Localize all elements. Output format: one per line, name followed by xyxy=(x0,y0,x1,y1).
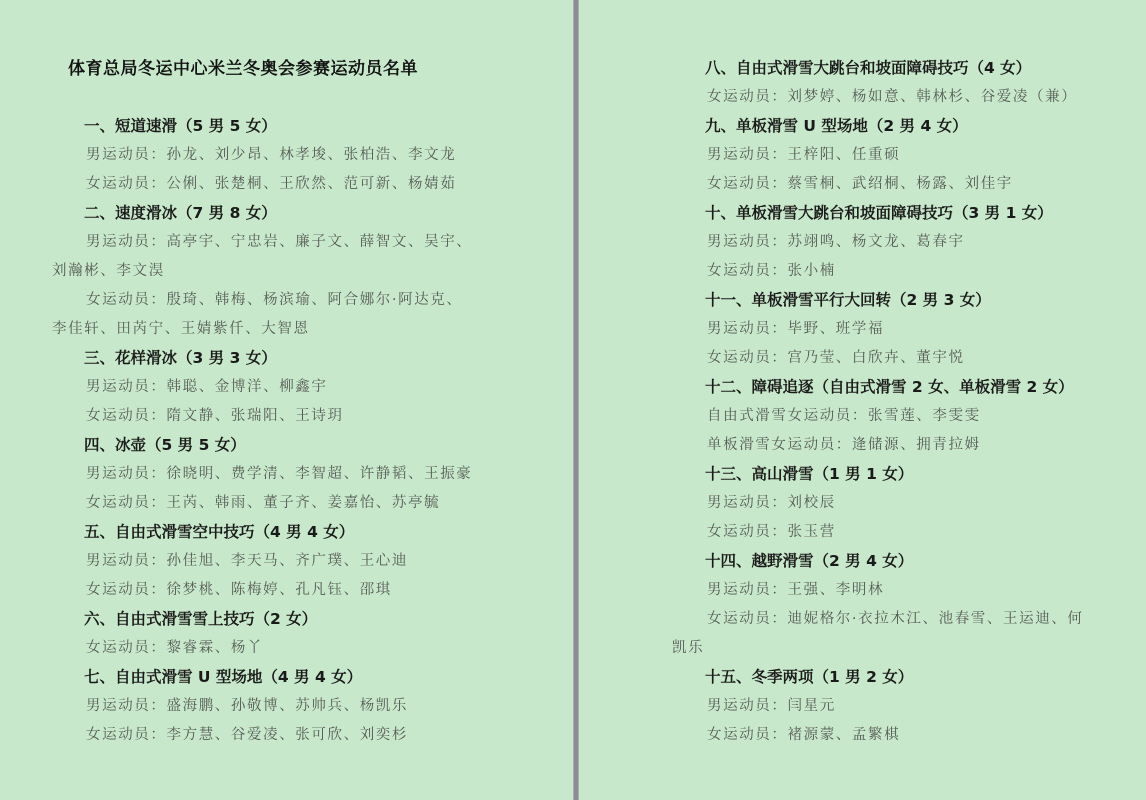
athlete-line: 男运动员：王梓阳、任重硕 xyxy=(579,141,1146,170)
section-heading: 四、冰壶（5 男 5 女） xyxy=(0,431,573,460)
left-page-content: 一、短道速滑（5 男 5 女） 男运动员：孙龙、刘少昂、林孝埈、张柏浩、李文龙 … xyxy=(0,112,573,750)
section-heading: 六、自由式滑雪雪上技巧（2 女） xyxy=(0,605,573,634)
section-heading: 五、自由式滑雪空中技巧（4 男 4 女） xyxy=(0,518,573,547)
athlete-line: 女运动员：王芮、韩雨、董子齐、姜嘉怡、苏亭毓 xyxy=(0,489,573,518)
athlete-line: 女运动员：殷琦、韩梅、杨滨瑜、阿合娜尔·阿达克、 xyxy=(0,286,573,315)
section-heading: 九、单板滑雪 U 型场地（2 男 4 女） xyxy=(579,112,1146,141)
athlete-line: 女运动员：黎睿霖、杨丫 xyxy=(0,634,573,663)
athlete-line: 女运动员：公俐、张楚桐、王欣然、范可新、杨婧茹 xyxy=(0,170,573,199)
athlete-line: 单板滑雪女运动员：逄储源、拥青拉姆 xyxy=(579,431,1146,460)
athlete-line: 女运动员：宫乃莹、白欣卉、董宇悦 xyxy=(579,344,1146,373)
right-page-content: 八、自由式滑雪大跳台和坡面障碍技巧（4 女） 女运动员：刘梦婷、杨如意、韩林杉、… xyxy=(579,54,1146,750)
athlete-line: 男运动员：孙佳旭、李天马、齐广璞、王心迪 xyxy=(0,547,573,576)
document-page-left: 体育总局冬运中心米兰冬奥会参赛运动员名单 一、短道速滑（5 男 5 女） 男运动… xyxy=(0,0,573,800)
athlete-line: 女运动员：隋文静、张瑞阳、王诗玥 xyxy=(0,402,573,431)
section-heading: 十三、高山滑雪（1 男 1 女） xyxy=(579,460,1146,489)
athlete-line: 男运动员：刘校辰 xyxy=(579,489,1146,518)
athlete-line: 男运动员：徐晓明、费学清、李智超、许静韬、王振豪 xyxy=(0,460,573,489)
section-heading: 十五、冬季两项（1 男 2 女） xyxy=(579,663,1146,692)
athlete-line: 女运动员：张小楠 xyxy=(579,257,1146,286)
athlete-line: 女运动员：褚源蒙、孟繁棋 xyxy=(579,721,1146,750)
section-heading: 二、速度滑冰（7 男 8 女） xyxy=(0,199,573,228)
athlete-line-continuation: 凯乐 xyxy=(579,634,1146,663)
section-heading: 一、短道速滑（5 男 5 女） xyxy=(0,112,573,141)
athlete-line-continuation: 李佳轩、田芮宁、王婧紫仟、大智恩 xyxy=(0,315,573,344)
athlete-line: 男运动员：孙龙、刘少昂、林孝埈、张柏浩、李文龙 xyxy=(0,141,573,170)
document-page-right: 八、自由式滑雪大跳台和坡面障碍技巧（4 女） 女运动员：刘梦婷、杨如意、韩林杉、… xyxy=(579,0,1146,800)
section-heading: 十二、障碍追逐（自由式滑雪 2 女、单板滑雪 2 女） xyxy=(579,373,1146,402)
athlete-line: 女运动员：刘梦婷、杨如意、韩林杉、谷爱凌（兼） xyxy=(579,83,1146,112)
athlete-line: 男运动员：闫星元 xyxy=(579,692,1146,721)
athlete-line: 男运动员：高亭宇、宁忠岩、廉子文、薛智文、吴宇、 xyxy=(0,228,573,257)
athlete-line: 女运动员：徐梦桃、陈梅婷、孔凡钰、邵琪 xyxy=(0,576,573,605)
athlete-line: 女运动员：迪妮格尔·衣拉木江、池春雪、王运迪、何 xyxy=(579,605,1146,634)
athlete-line-continuation: 刘瀚彬、李文淏 xyxy=(0,257,573,286)
athlete-line: 女运动员：李方慧、谷爱凌、张可欣、刘奕杉 xyxy=(0,721,573,750)
athlete-line: 男运动员：盛海鹏、孙敬博、苏帅兵、杨凯乐 xyxy=(0,692,573,721)
athlete-line: 男运动员：毕野、班学福 xyxy=(579,315,1146,344)
section-heading: 七、自由式滑雪 U 型场地（4 男 4 女） xyxy=(0,663,573,692)
section-heading: 十一、单板滑雪平行大回转（2 男 3 女） xyxy=(579,286,1146,315)
document-title: 体育总局冬运中心米兰冬奥会参赛运动员名单 xyxy=(68,54,418,79)
athlete-line: 男运动员：王强、李明林 xyxy=(579,576,1146,605)
section-heading: 十四、越野滑雪（2 男 4 女） xyxy=(579,547,1146,576)
athlete-line: 男运动员：苏翊鸣、杨文龙、葛春宇 xyxy=(579,228,1146,257)
athlete-line: 女运动员：蔡雪桐、武绍桐、杨露、刘佳宇 xyxy=(579,170,1146,199)
athlete-line: 自由式滑雪女运动员：张雪莲、李雯雯 xyxy=(579,402,1146,431)
section-heading: 八、自由式滑雪大跳台和坡面障碍技巧（4 女） xyxy=(579,54,1146,83)
section-heading: 十、单板滑雪大跳台和坡面障碍技巧（3 男 1 女） xyxy=(579,199,1146,228)
section-heading: 三、花样滑冰（3 男 3 女） xyxy=(0,344,573,373)
athlete-line: 男运动员：韩聪、金博洋、柳鑫宇 xyxy=(0,373,573,402)
athlete-line: 女运动员：张玉营 xyxy=(579,518,1146,547)
